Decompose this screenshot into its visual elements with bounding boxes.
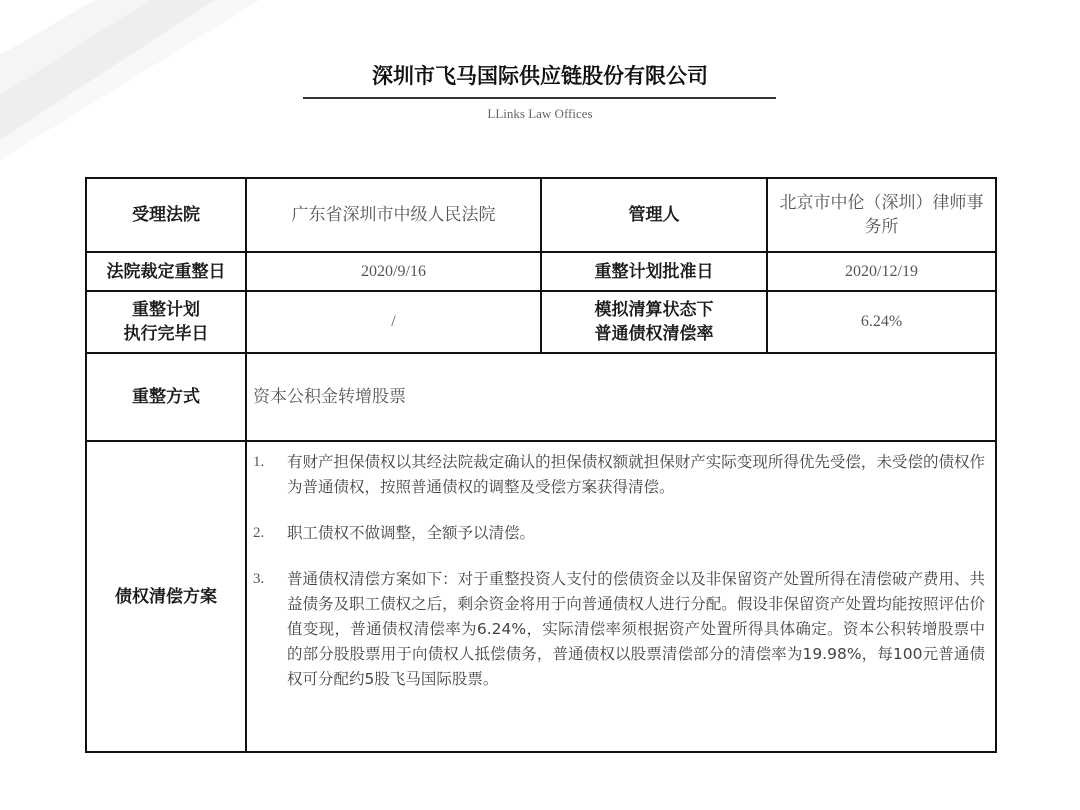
label-line: 重整计划 xyxy=(87,298,245,322)
table-row: 债权清偿方案 1. 有财产担保债权以其经法院裁定确认的担保债权额就担保财产实际变… xyxy=(86,441,996,752)
header-divider xyxy=(303,97,776,99)
label-accepting-court: 受理法院 xyxy=(86,178,246,252)
label-line: 普通债权清偿率 xyxy=(542,322,766,346)
label-court-ruling-date: 法院裁定重整日 xyxy=(86,252,246,291)
value-accepting-court: 广东省深圳市中级人民法院 xyxy=(246,178,541,252)
plan-item-text: 有财产担保债权以其经法院裁定确认的担保债权额就担保财产实际变现所得优先受偿，未受… xyxy=(287,450,985,500)
value-liquidation-repayment-rate: 6.24% xyxy=(767,291,996,353)
plan-item-number: 2. xyxy=(253,521,287,546)
table-row: 重整方式 资本公积金转增股票 xyxy=(86,353,996,441)
label-plan-approval-date: 重整计划批准日 xyxy=(541,252,767,291)
value-restructuring-method: 资本公积金转增股票 xyxy=(246,353,996,441)
plan-item-text: 普通债权清偿方案如下：对于重整投资人支付的偿债资金以及非保留资产处置所得在清偿破… xyxy=(287,567,985,692)
table-row: 法院裁定重整日 2020/9/16 重整计划批准日 2020/12/19 xyxy=(86,252,996,291)
label-debt-repayment-plan: 债权清偿方案 xyxy=(86,441,246,752)
label-administrator: 管理人 xyxy=(541,178,767,252)
value-administrator: 北京市中伦（深圳）律师事务所 xyxy=(767,178,996,252)
plan-item-text: 职工债权不做调整，全额予以清偿。 xyxy=(287,521,985,546)
company-title: 深圳市飞马国际供应链股份有限公司 xyxy=(0,60,1080,90)
table-row: 受理法院 广东省深圳市中级人民法院 管理人 北京市中伦（深圳）律师事务所 xyxy=(86,178,996,252)
plan-item: 2. 职工债权不做调整，全额予以清偿。 xyxy=(253,521,985,546)
value-debt-repayment-plan: 1. 有财产担保债权以其经法院裁定确认的担保债权额就担保财产实际变现所得优先受偿… xyxy=(246,441,996,752)
value-court-ruling-date: 2020/9/16 xyxy=(246,252,541,291)
plan-item-number: 1. xyxy=(253,450,287,500)
label-plan-completion-date: 重整计划 执行完毕日 xyxy=(86,291,246,353)
label-line: 执行完毕日 xyxy=(87,322,245,346)
restructuring-info-table: 受理法院 广东省深圳市中级人民法院 管理人 北京市中伦（深圳）律师事务所 法院裁… xyxy=(85,177,997,753)
value-plan-completion-date: / xyxy=(246,291,541,353)
plan-item-number: 3. xyxy=(253,567,287,692)
value-plan-approval-date: 2020/12/19 xyxy=(767,252,996,291)
plan-item: 1. 有财产担保债权以其经法院裁定确认的担保债权额就担保财产实际变现所得优先受偿… xyxy=(253,450,985,500)
label-restructuring-method: 重整方式 xyxy=(86,353,246,441)
label-liquidation-repayment-rate: 模拟清算状态下 普通债权清偿率 xyxy=(541,291,767,353)
table-row: 重整计划 执行完毕日 / 模拟清算状态下 普通债权清偿率 6.24% xyxy=(86,291,996,353)
law-office-subtitle: LLinks Law Offices xyxy=(0,106,1080,122)
plan-item: 3. 普通债权清偿方案如下：对于重整投资人支付的偿债资金以及非保留资产处置所得在… xyxy=(253,567,985,692)
label-line: 模拟清算状态下 xyxy=(542,298,766,322)
